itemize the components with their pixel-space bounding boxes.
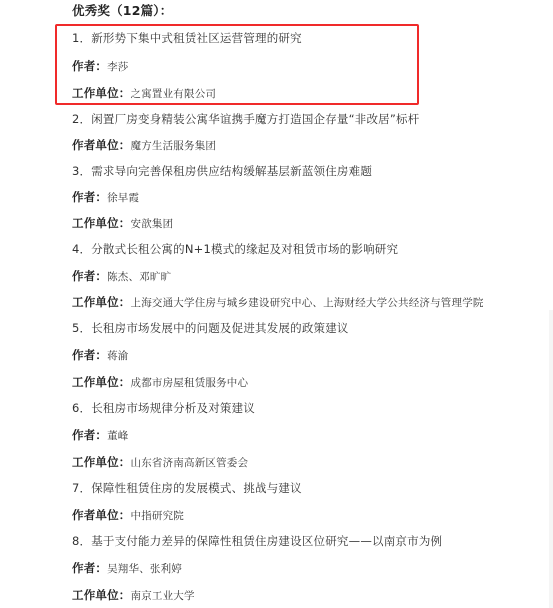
entry-field: 作者：李莎 [72,58,129,75]
field-label: 工作单位： [72,216,131,230]
field-value: 安歆集团 [131,218,174,230]
field-value: 成都市房屋租赁服务中心 [131,377,249,389]
entry-field: 作者：徐早霞 [72,189,139,206]
side-strip [549,310,553,608]
entry-field: 工作单位：山东省济南高新区管委会 [72,454,248,471]
field-value: 南京工业大学 [131,590,195,602]
field-label: 作者： [72,428,107,442]
field-label: 工作单位： [72,455,131,469]
field-value: 蒋渝 [107,350,128,362]
field-value: 山东省济南高新区管委会 [131,457,249,469]
field-label: 作者： [72,190,107,204]
field-value: 中指研究院 [131,510,185,522]
entry-field: 工作单位：之寓置业有限公司 [72,85,216,102]
entry-title: 1．新形势下集中式租赁社区运营管理的研究 [72,30,302,46]
entry-field: 作者：董峰 [72,427,129,444]
field-value: 董峰 [107,430,128,442]
entry-title: 4．分散式长租公寓的N+1模式的缘起及对租赁市场的影响研究 [72,241,398,257]
entry-title: 2．闲置厂房变身精装公寓华谊携手魔方打造国企存量“非改居”标杆 [72,111,419,127]
field-label: 工作单位： [72,588,131,602]
field-value: 上海交通大学住房与城乡建设研究中心、上海财经大学公共经济与管理学院 [131,297,484,309]
field-label: 作者： [72,561,107,575]
entry-field: 工作单位：成都市房屋租赁服务中心 [72,374,248,391]
entry-title: 5．长租房市场发展中的问题及促进其发展的政策建议 [72,320,349,336]
field-label: 作者单位： [72,508,131,522]
field-label: 工作单位： [72,375,131,389]
entry-field: 工作单位：安歆集团 [72,215,173,232]
field-value: 徐早霞 [107,192,139,204]
entry-field: 作者单位：魔方生活服务集团 [72,137,216,154]
entry-field: 作者：吴翔华、张利婷 [72,560,182,577]
award-heading: 优秀奖（12篇）： [72,3,172,19]
field-value: 之寓置业有限公司 [131,88,217,100]
entry-field: 作者单位：中指研究院 [72,507,184,524]
field-label: 工作单位： [72,86,131,100]
entry-field: 作者：陈杰、邓旷旷 [72,268,171,285]
entry-title: 8．基于支付能力差异的保障性租赁住房建设区位研究——以南京市为例 [72,533,442,549]
entry-field: 工作单位：南京工业大学 [72,587,195,604]
field-value: 吴翔华、张利婷 [107,563,182,575]
field-value: 李莎 [107,61,128,73]
entry-title: 7．保障性租赁住房的发展模式、挑战与建议 [72,480,302,496]
field-label: 作者： [72,269,107,283]
field-label: 作者单位： [72,138,131,152]
field-value: 陈杰、邓旷旷 [107,271,171,283]
entry-title: 3．需求导向完善保租房供应结构缓解基层新蓝领住房难题 [72,163,372,179]
field-label: 工作单位： [72,295,131,309]
entry-title: 6．长租房市场规律分析及对策建议 [72,400,255,416]
field-label: 作者： [72,59,107,73]
field-label: 作者： [72,348,107,362]
entry-field: 工作单位：上海交通大学住房与城乡建设研究中心、上海财经大学公共经济与管理学院 [72,294,484,311]
entry-field: 作者：蒋渝 [72,347,129,364]
field-value: 魔方生活服务集团 [131,140,217,152]
